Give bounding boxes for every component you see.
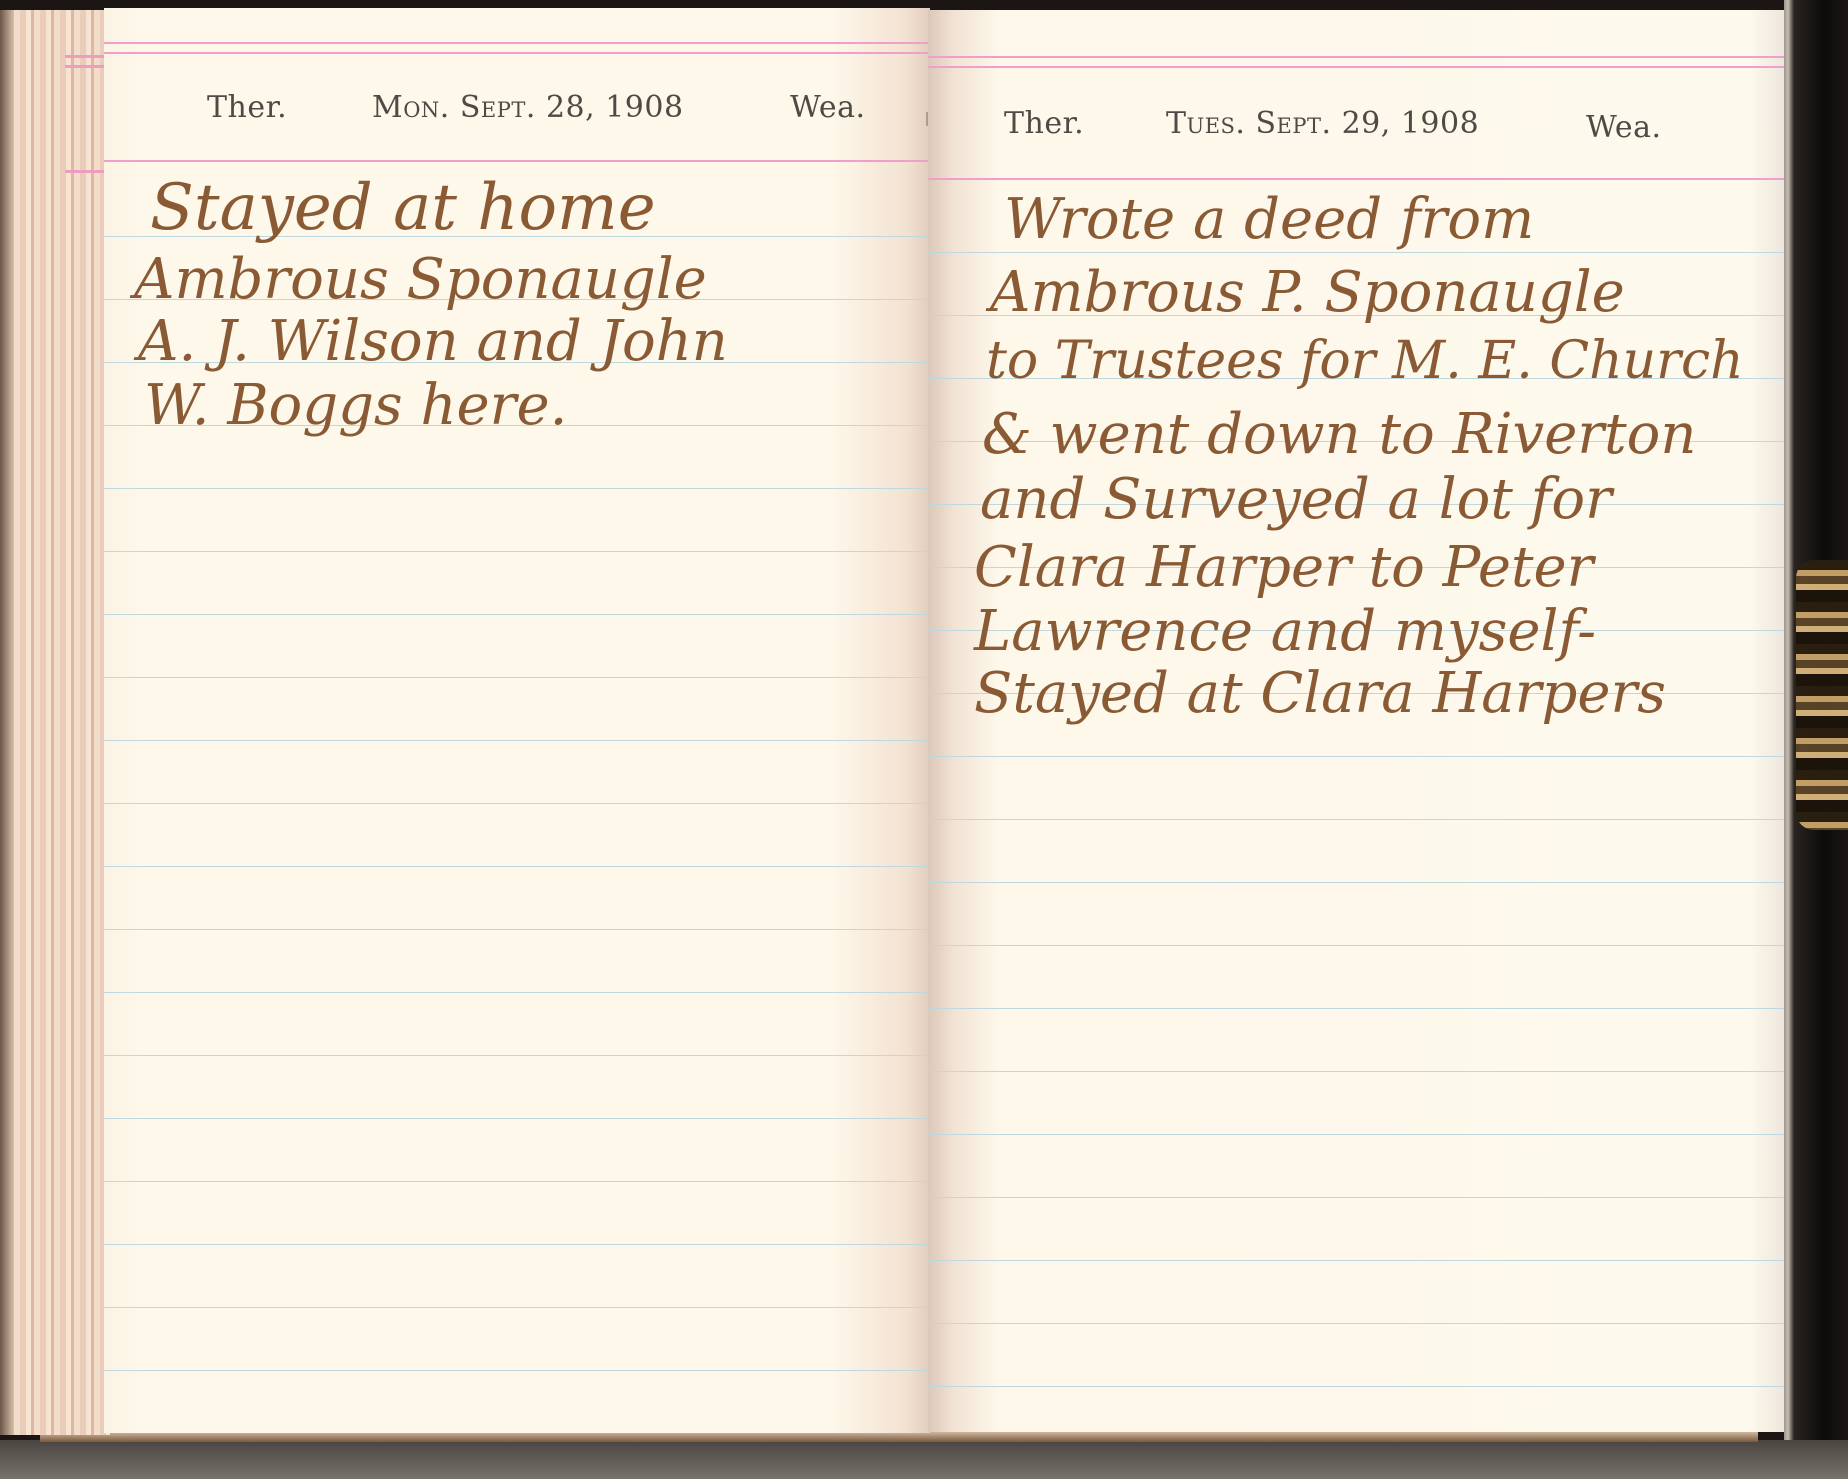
blue-rule [928,1260,1784,1261]
blue-rule [928,1197,1784,1198]
blue-rule [104,803,930,804]
blue-rule [104,614,930,615]
page-stack-shadow [0,10,14,1435]
right-page: Ther. Tues. Sept. 29, 1908 Wea. Wrote a … [928,10,1784,1432]
entry-line: Stayed at home [150,176,656,240]
blue-rule [104,992,930,993]
entry-line: Clara Harper to Peter [974,540,1593,596]
weather-label: Wea. [790,90,866,125]
thermometer-label: Ther. [1004,106,1084,141]
blue-rule [928,1386,1784,1387]
page-stack-edge [0,10,110,1435]
pink-rule [104,52,930,54]
entry-line: Stayed at Clara Harpers [974,666,1666,722]
page-date: Mon. Sept. 28, 1908 [372,90,684,125]
blue-rule [104,1307,930,1308]
entry-line: Ambrous P. Sponaugle [990,265,1625,321]
blue-rule [928,756,1784,757]
blue-rule [928,882,1784,883]
pink-rule [928,178,1784,180]
blue-rule [928,1008,1784,1009]
pink-rule [104,160,930,162]
blue-rule [104,740,930,741]
blue-rule [928,1323,1784,1324]
blue-rule [928,945,1784,946]
blue-rule [104,1370,930,1371]
blue-rule [104,1118,930,1119]
blue-rule [104,551,930,552]
blue-rule [928,1134,1784,1135]
blue-rule [104,1181,930,1182]
blue-rule [928,1071,1784,1072]
thermometer-label: Ther. [207,90,287,125]
brass-clasp [1796,560,1848,830]
blue-rule [104,677,930,678]
pink-rule [928,56,1784,58]
entry-line: A. J. Wilson and John [138,314,728,370]
entry-line: and Surveyed a lot for [980,472,1612,528]
entry-line: W. Boggs here. [144,378,567,434]
blue-rule [104,866,930,867]
page-date: Tues. Sept. 29, 1908 [1166,106,1479,141]
blue-rule [104,488,930,489]
left-page: Ther. Mon. Sept. 28, 1908 Wea. Stayed at… [104,8,930,1433]
blue-rule [928,252,1784,253]
blue-rule [928,819,1784,820]
blue-rule [104,1244,930,1245]
blue-rule [104,1055,930,1056]
table-surface [0,1440,1848,1479]
blue-rule [104,929,930,930]
weather-label: Wea. [1586,110,1662,145]
entry-line: Ambrous Sponaugle [134,252,707,308]
pink-rule [104,42,930,44]
entry-line: Wrote a deed from [1004,192,1534,248]
pink-rule [928,66,1784,68]
entry-line: Lawrence and myself- [974,604,1596,660]
entry-line: to Trustees for M. E. Church [986,335,1744,387]
entry-line: & went down to Riverton [982,407,1696,463]
